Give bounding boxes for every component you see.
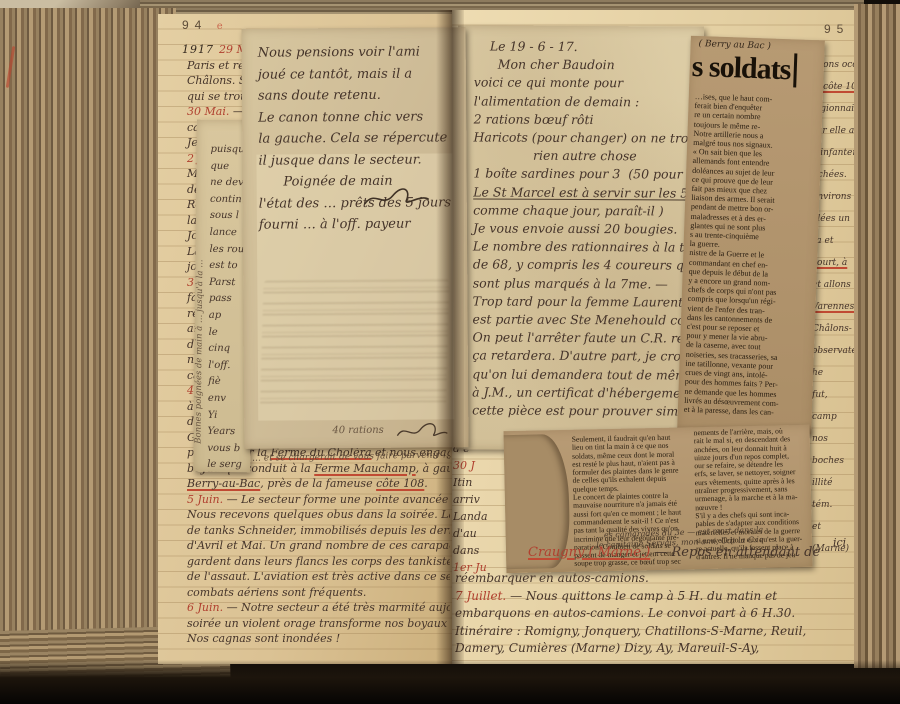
- journal-line: combats aériens sont fréquents.: [182, 585, 450, 601]
- letter-line: qu'on lui demandera tout de même bien qu…: [472, 365, 704, 385]
- journal-line: de l'assaut. L'aviation est très active …: [182, 569, 450, 585]
- strip-fragment: cinq: [208, 341, 243, 358]
- letter-line: la gauche. Cela se répercute: [258, 127, 450, 150]
- margin-note: fut,: [812, 384, 856, 406]
- letter-line: On peut l'arrêter faute un C.R. rectific…: [472, 329, 704, 349]
- journal-line: Damery, Cumières (Marne) Dizy, Ay, Mareu…: [455, 640, 853, 658]
- page-stack-right-edge: [854, 4, 900, 668]
- strip-fragment: fiè: [208, 374, 243, 391]
- place-name-red: Craugny ( Marne.): [528, 545, 650, 560]
- newspaper-clipping-main: ( Berry au Bac ) s soldats …ises, que le…: [677, 36, 825, 434]
- page-stack-left-edge: [0, 8, 176, 684]
- margin-fragment: 30 J: [453, 457, 505, 474]
- strip-fragment: sous l: [210, 208, 245, 225]
- margin-note: Varennes: [812, 296, 856, 318]
- journal-line: 5 Juin. — Le secteur forme une pointe av…: [182, 492, 450, 508]
- margin-note: he: [812, 362, 856, 384]
- journal-line: gardent dans leurs flancs les corps des …: [182, 554, 450, 570]
- clipping-headline: s soldats: [691, 50, 797, 88]
- letter-line: l'alimentation de demain :: [474, 92, 704, 112]
- strip-fragment: contin: [210, 192, 245, 209]
- strip-fragment: Parst: [209, 275, 244, 292]
- margin-note: ra et: [812, 230, 856, 252]
- letter-line: rien autre chose: [473, 147, 704, 167]
- journal-line: de tanks Schneider, immobilisés depuis l…: [182, 523, 450, 539]
- signature-scribble: [361, 185, 433, 212]
- strip-fragment: Yi: [208, 407, 243, 424]
- pasted-letter-left: Nous pensions voir l'amijoué ce tantôt, …: [242, 27, 469, 449]
- margin-fragment: d'au: [453, 525, 505, 542]
- ghost-show-through-text: [260, 279, 450, 408]
- strip-fragment: vous b: [207, 441, 242, 458]
- letter-line: Haricots (pour changer) on ne trouve: [473, 128, 704, 148]
- vertical-margin-note: Bonnes poignées de main à … jusqu'à la …: [193, 164, 206, 444]
- letter-line: fourni … à l'off. payeur: [259, 213, 451, 236]
- diary-photo: 94 e 191729 Mai. — J'arrive à PaParis et…: [0, 0, 900, 704]
- letter-line: 2 rations bœuf rôti: [474, 110, 705, 130]
- letter-right-lines: Le 19 - 6 - 17. Mon cher Baudoinvoici ce…: [472, 37, 704, 421]
- strip-fragment: pass: [209, 291, 244, 308]
- letter-line: Trop tard pour la femme Laurent. Elle: [473, 292, 704, 312]
- journal-line: Itinéraire : Romigny, Jonquery, Chatillo…: [455, 623, 853, 641]
- page-number-left: 94 e: [182, 18, 223, 32]
- letter-line: Le canon tonne chic vers: [258, 106, 450, 129]
- letter-line: il jusque dans le secteur.: [258, 149, 450, 172]
- red-stamp-left: e: [217, 21, 223, 32]
- journal-line: Berry-au-Bac, près de la fameuse côte 10…: [182, 476, 450, 492]
- journal-line: Nous recevons quelques obus dans la soir…: [182, 507, 450, 523]
- page-number-95: 95: [824, 22, 849, 36]
- letter-line: ça retardera. D'autre part, je crois: [472, 347, 704, 367]
- strip-fragment: le: [209, 324, 244, 341]
- journal-line: Nos cagnas sont inondées !: [182, 631, 450, 647]
- journal-line: soirée un violent orage transforme nos b…: [182, 616, 450, 632]
- margin-note: et allons: [812, 274, 856, 296]
- strip-fragment: env: [208, 391, 243, 408]
- journal-line: embarquons en autos-camions. Le convoi p…: [455, 605, 853, 623]
- margin-fragment: Landa: [453, 508, 505, 525]
- strip-fragment: que: [210, 158, 245, 175]
- strip-fragment: ne dev: [210, 175, 245, 192]
- letter-line: sont plus marqués à la 7me. —: [473, 274, 704, 294]
- strip-fragment: Years: [207, 424, 242, 441]
- letter-line: cette pièce est pour prouver simplement: [472, 402, 704, 422]
- overlay-continuation: — Repos en attendant de: [650, 545, 820, 560]
- margin-note: boches: [812, 450, 856, 472]
- bottom-shadow: [0, 660, 900, 704]
- letter-line: Mon cher Baudoin: [474, 56, 704, 76]
- letter-line: 1 boîte sardines pour 3 (50 pour la Cie): [473, 165, 704, 185]
- letter-line: comme chaque jour, paraît-il ): [473, 201, 704, 221]
- rations-pencil-note: 40 rations: [332, 425, 384, 436]
- margin-note: Châlons-: [812, 318, 856, 340]
- strip-fragment: les rou: [209, 241, 244, 258]
- letter-line: Je vous envoie aussi 20 bougies.: [473, 219, 704, 239]
- page-number-94: 94: [182, 18, 207, 32]
- margin-note: tém.: [812, 494, 856, 516]
- ici-note: ici: [833, 536, 846, 549]
- journal-line: réembarquer en autos-camions.: [455, 570, 853, 588]
- journal-line: 6 Juin. — Notre secteur a été très marmi…: [182, 600, 450, 616]
- clipping-column-text: …ises, que le haut com-ferait bien d'enq…: [683, 92, 821, 430]
- margin-note: nos: [812, 428, 856, 450]
- letter-line: sans doute retenu.: [258, 84, 450, 107]
- letter-line: Le St Marcel est à servir sur les 50 boî…: [473, 183, 704, 203]
- margin-note: illité: [812, 472, 856, 494]
- place-name-overlay: Craugny ( Marne.) — Repos en attendant d…: [528, 545, 820, 560]
- margin-note: observateur: [812, 340, 856, 362]
- journal-line: d'Avril et Mai. Un grand nombre de ces c…: [182, 538, 450, 554]
- margin-fragment: Itin: [453, 474, 505, 491]
- strip-fragment: puisqu: [210, 142, 245, 159]
- strip-fragment: ap: [209, 308, 244, 325]
- letter-line: voici ce qui monte pour: [474, 74, 704, 94]
- margin-note: court, à: [812, 252, 856, 274]
- strip-fragment: l'off.: [208, 358, 243, 375]
- strip-text-fragments: puisququene devcontinsous llanceles roue…: [207, 142, 245, 472]
- margin-note: camp: [812, 406, 856, 428]
- strip-fragment: est to: [209, 258, 244, 275]
- pasted-letter-right: Le 19 - 6 - 17. Mon cher Baudoinvoici ce…: [456, 25, 704, 450]
- letter-line: est partie avec Ste Menehould comme dest…: [473, 310, 705, 330]
- margin-fragment: arriv: [453, 491, 505, 508]
- strip-fragment: le serg: [207, 457, 242, 472]
- journal-line: 7 Juillet. — Nous quittons le camp à 5 H…: [455, 588, 853, 606]
- letter-line: joué ce tantôt, mais il a: [258, 63, 450, 86]
- journal-entries-right-bottom: réembarquer en autos-camions.7 Juillet. …: [455, 570, 853, 662]
- strip-fragment: lance: [210, 225, 245, 242]
- margin-fragment: dans: [453, 542, 505, 559]
- letter-line: Le 19 - 6 - 17.: [474, 37, 704, 57]
- letter-line: de 68, y compris les 4 coureurs qui ne: [473, 256, 704, 276]
- signature-scribble-small: [394, 421, 450, 441]
- letter-line: Le nombre des rationnaires à la tranchée: [473, 238, 704, 258]
- letter-line: Nous pensions voir l'ami: [258, 41, 450, 64]
- letter-line: à J.M., un certificat d'hébergement, car: [472, 383, 704, 403]
